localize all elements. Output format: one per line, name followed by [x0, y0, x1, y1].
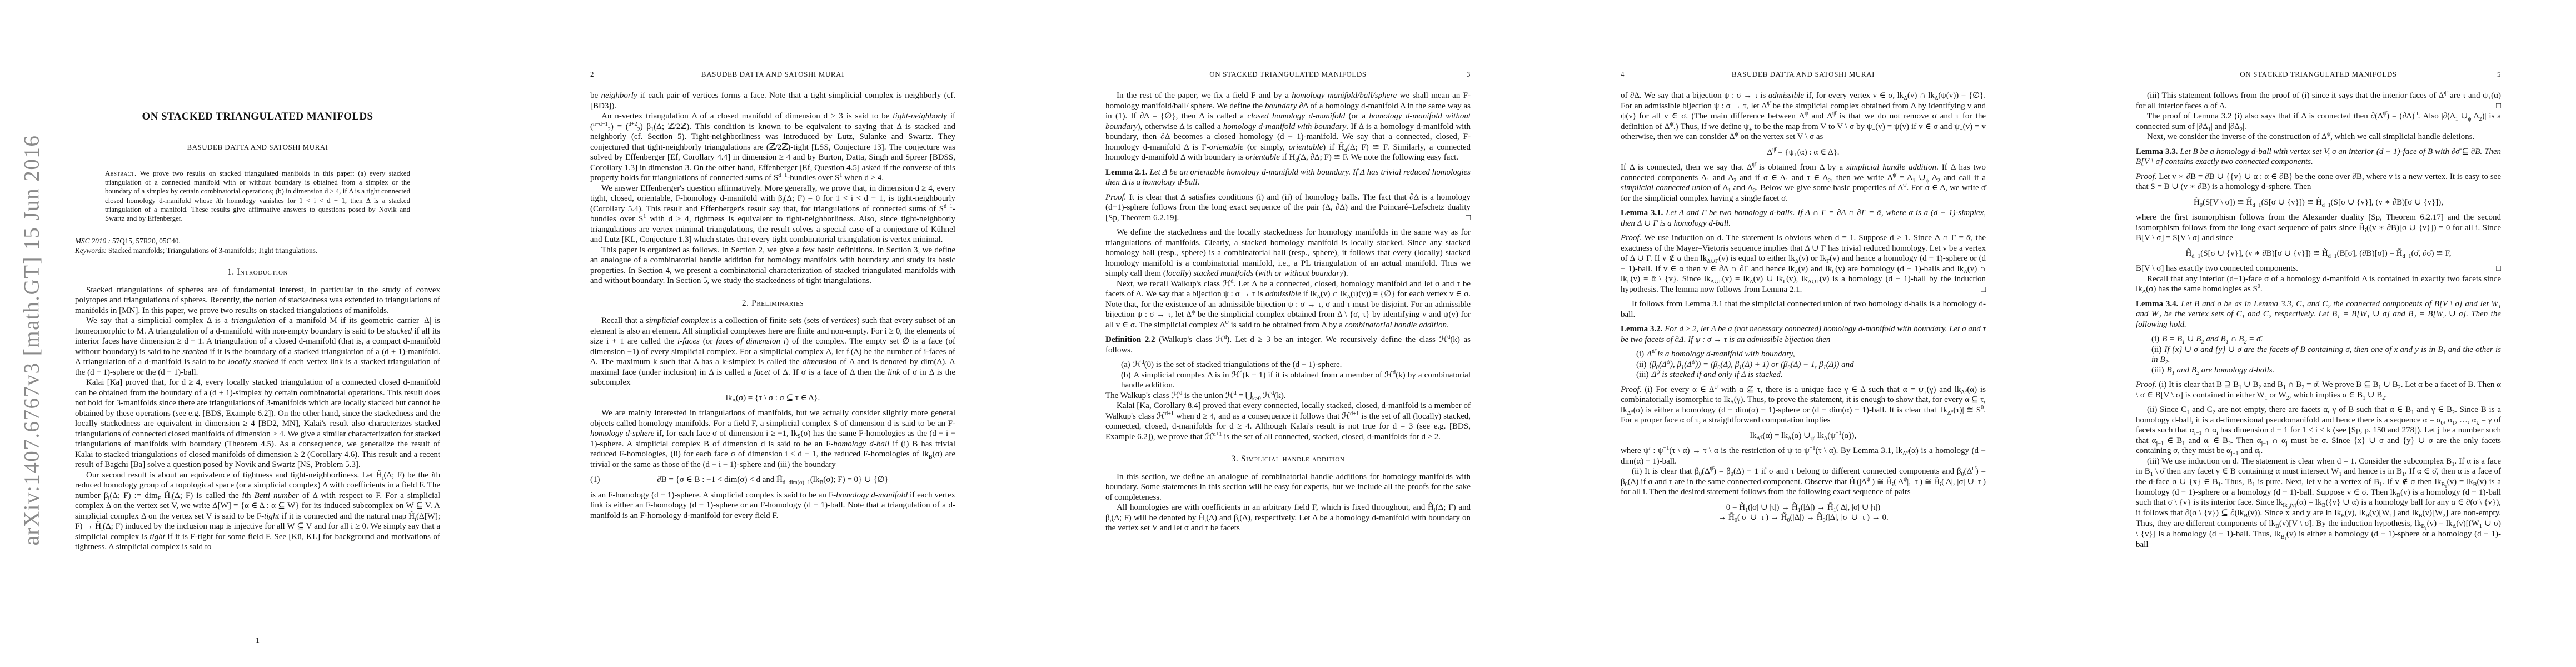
page-body: (iii) This statement follows from the pr…	[2136, 91, 2501, 550]
running-head: ON STACKED TRIANGULATED MANIFOLDS	[2136, 70, 2501, 79]
paragraph: of ∂Δ. We say that a bijection ψ : σ → τ…	[1621, 91, 1986, 142]
proof-label: Proof.	[2136, 172, 2156, 181]
item-label: (iii)	[1636, 370, 1649, 379]
paragraph: Recall that any interior (d−1)-face σ of…	[2136, 274, 2501, 295]
equation-line: → H̃0(|σ| ∪ |τ|) → H̃0(|Δ|) → H̃0(|Δ|, |…	[1621, 512, 1986, 523]
paragraph: is an F-homology (d − 1)-sphere. A simpl…	[590, 490, 955, 521]
arxiv-watermark-text: arXiv:1407.6767v3 [math.GT] 15 Jun 2016	[19, 135, 44, 546]
lemma-label: Lemma 3.3.	[2136, 147, 2178, 156]
qed-symbol: □	[2496, 263, 2501, 274]
proof-label: Proof.	[1621, 233, 1641, 242]
paragraph: Kalai [Ka, Corollary 8.4] proved that ev…	[1105, 401, 1471, 442]
meta-label: Keywords:	[75, 246, 107, 255]
item-label: (iii)	[2151, 366, 2164, 375]
abstract: Abstract. We prove two results on stacke…	[105, 169, 410, 223]
paragraph: B[V \ σ] has exactly two connected compo…	[2136, 263, 2501, 274]
lemma: Lemma 2.1. Let Δ be an orientable homolo…	[1105, 167, 1471, 188]
paragraph: We define the stackedness and the locall…	[1105, 227, 1471, 279]
section-heading: 2. Preliminaries	[590, 298, 955, 309]
proof: Proof. It is clear that Δ satisfies cond…	[1105, 192, 1471, 223]
abstract-label: Abstract.	[105, 170, 137, 177]
paragraph: It follows from Lemma 3.1 that the simpl…	[1621, 299, 1986, 320]
qed-symbol: □	[1466, 213, 1471, 223]
lemma-label: Lemma 3.4.	[2136, 300, 2178, 308]
definition-postlabel: (Walkup's class ℋd).	[1155, 335, 1232, 344]
list-item: (b)A simplicial complex Δ is in ℋd(k + 1…	[1121, 370, 1471, 391]
paragraph: be neighborly if each pair of vertices f…	[590, 91, 955, 111]
item-label: (ii)	[1636, 360, 1646, 369]
running-head: BASUDEB DATTA AND SATOSHI MURAI	[590, 70, 955, 79]
paragraph: If Δ is connected, then we say that Δψ̄ …	[1621, 162, 1986, 203]
item-label: (a)	[1121, 360, 1130, 369]
paragraph: Recall that a simplicial complex is a co…	[590, 316, 955, 388]
meta-label: MSC 2010 :	[75, 237, 111, 245]
header-page-number: 4	[1621, 70, 1625, 79]
header-page-number: 3	[1467, 70, 1471, 79]
paragraph: We say that a simplicial complex Δ is a …	[75, 316, 440, 377]
lemma-label: Lemma 2.1.	[1105, 168, 1148, 177]
paragraph: (ii) Since C1 and C2 are not empty, ther…	[2136, 405, 2501, 456]
paragraph: (iii) This statement follows from the pr…	[2136, 91, 2501, 111]
paragraph: We are mainly interested in triangulatio…	[590, 408, 955, 470]
display-equation: Δψ̄ = {ψ+(α) : α ∈ Δ}.	[1621, 147, 1986, 158]
proof: Proof. (i) It is clear that B ⊇ B1 ∪ B2 …	[2136, 380, 2501, 400]
paragraph: Our second result is about an equivalenc…	[75, 470, 440, 552]
paper-authors: BASUDEB DATTA AND SATOSHI MURAI	[75, 142, 440, 153]
lemma: Lemma 3.4. Let B and σ be as in Lemma 3.…	[2136, 299, 2501, 330]
page-3: ON STACKED TRIANGULATED MANIFOLDS 3 In t…	[1030, 0, 1546, 667]
paragraph: The Walkup's class ℋd is the union ℋd = …	[1105, 391, 1471, 401]
footer-page-number: 1	[0, 636, 515, 645]
paragraph: The proof of Lemma 3.2 (i) also says tha…	[2136, 111, 2501, 132]
proof: Proof. Let v ∗ ∂B = ∂B ∪ {{v} ∪ α : α ∈ …	[2136, 172, 2501, 192]
paragraph: (ii) It is clear that β0(Δψ̄) = β0(Δ) − …	[1621, 466, 1986, 497]
header-page-number: 5	[2497, 70, 2501, 79]
page-2: 2 BASUDEB DATTA AND SATOSHI MURAI be nei…	[515, 0, 1030, 667]
paragraph: In this section, we define an analogue o…	[1105, 472, 1471, 503]
paragraph: where ψ′ : ψ−1(τ \ α) → τ \ α is the res…	[1621, 446, 1986, 466]
equation-line: ∂B = {σ ∈ B : −1 < dim(σ) < d and H̃d−di…	[590, 475, 955, 485]
section-heading: 3. Simplicial handle addition	[1105, 454, 1471, 465]
paragraph: We answer Effenberger's question affirma…	[590, 183, 955, 245]
proof-label: Proof.	[1621, 385, 1641, 394]
page-header: 4 BASUDEB DATTA AND SATOSHI MURAI	[1621, 70, 1986, 80]
display-equation: H̃0(S[V \ σ]) ≅ H̃d−1(S[σ ∪ {v}]) ≅ H̃d−…	[2136, 197, 2501, 208]
paper-title: ON STACKED TRIANGULATED MANIFOLDS	[75, 112, 440, 122]
page-header: ON STACKED TRIANGULATED MANIFOLDS 3	[1105, 70, 1471, 80]
item-label: (b)	[1121, 371, 1131, 380]
paragraph: All homologies are with coefficients in …	[1105, 502, 1471, 534]
list-item: (ii)(β0(Δψ̄), β1(Δψ̄)) = (β0(Δ), β1(Δ) +…	[1636, 360, 1986, 370]
list-item: (i)Δψ̄ is a homology d-manifold with bou…	[1636, 349, 1986, 360]
equation-line: lkΔψ̄(α) = lkΔ(α) ∪ψ′ lkΔ(ψ−1(α)),	[1621, 431, 1986, 441]
item-label: (i)	[2151, 335, 2159, 344]
header-page-number: 2	[590, 70, 594, 79]
display-equation: H̃d−1(S[σ ∪ {v}], (v ∗ ∂B)[σ ∪ {v}]) ≅ H…	[2136, 248, 2501, 259]
definition-label: Definition 2.2	[1105, 335, 1155, 344]
page-body: be neighborly if each pair of vertices f…	[590, 91, 955, 521]
equation-number: (1)	[590, 475, 600, 485]
page-body: In the rest of the paper, we fix a field…	[1105, 91, 1471, 534]
running-head: ON STACKED TRIANGULATED MANIFOLDS	[1105, 70, 1471, 79]
page-header: ON STACKED TRIANGULATED MANIFOLDS 5	[2136, 70, 2501, 80]
proof: Proof. (i) For every α ∈ Δψ̄ with α ⊈ τ,…	[1621, 385, 1986, 426]
page-header	[75, 70, 440, 80]
paragraph: Stacked triangulations of spheres are of…	[75, 285, 440, 316]
lemma-label: Lemma 3.1.	[1621, 208, 1663, 217]
proof-label: Proof.	[2136, 380, 2156, 389]
equation-line: 0 = H̃1(|σ| ∪ |τ|) → H̃1(|Δ|) → H̃1(|Δ|,…	[1621, 502, 1986, 513]
paragraph: where the first isomorphism follows from…	[2136, 212, 2501, 243]
qed-symbol: □	[1981, 285, 1986, 295]
display-equation: 0 = H̃1(|σ| ∪ |τ|) → H̃1(|Δ|) → H̃1(|Δ|,…	[1621, 502, 1986, 523]
list-item: (a)ℋd(0) is the set of stacked triangula…	[1121, 360, 1471, 370]
paragraph: (iii) We use induction on d. The stateme…	[2136, 456, 2501, 550]
list-item: (iii)Δψ̄ is stacked if and only if Δ is …	[1636, 370, 1986, 380]
proof-label: Proof.	[1105, 193, 1126, 202]
section-heading: 1. Introduction	[75, 267, 440, 278]
page-1: arXiv:1407.6767v3 [math.GT] 15 Jun 2016 …	[0, 0, 515, 667]
paragraph: This paper is organized as follows. In S…	[590, 245, 955, 286]
lemma: Lemma 3.2. For d ≥ 2, let Δ be a (not ne…	[1621, 324, 1986, 345]
list-item: (iii)B1 and B2 are homology d-balls.	[2151, 365, 2501, 376]
lemma: Lemma 3.1. Let Δ and Γ be two homology d…	[1621, 208, 1986, 228]
proof: Proof. We use induction on d. The statem…	[1621, 233, 1986, 295]
lemma-label: Lemma 3.2.	[1621, 325, 1662, 333]
page-4: 4 BASUDEB DATTA AND SATOSHI MURAI of ∂Δ.…	[1546, 0, 2061, 667]
paragraph: In the rest of the paper, we fix a field…	[1105, 91, 1471, 163]
item-label: (ii)	[2151, 345, 2161, 354]
paragraph: Next, we consider the inverse of the con…	[2136, 132, 2501, 142]
page-header: 2 BASUDEB DATTA AND SATOSHI MURAI	[590, 70, 955, 80]
document-canvas: arXiv:1407.6767v3 [math.GT] 15 Jun 2016 …	[0, 0, 2576, 667]
page-5: ON STACKED TRIANGULATED MANIFOLDS 5 (iii…	[2061, 0, 2576, 667]
paragraph: Kalai [Ka] proved that, for d ≥ 4, every…	[75, 377, 440, 470]
running-head: BASUDEB DATTA AND SATOSHI MURAI	[1621, 70, 1986, 79]
equation-line: lkΔ(σ) = {τ \ σ : σ ⊆ τ ∈ Δ}.	[590, 393, 955, 404]
paragraph: An n-vertex triangulation Δ of a closed …	[590, 111, 955, 183]
list-item: (i)B = B1 ∪ B2 and B1 ∩ B2 = σ̄.	[2151, 334, 2501, 345]
paragraph: Next, we recall Walkup's class ℋd. Let Δ…	[1105, 279, 1471, 331]
item-label: (i)	[1636, 350, 1644, 359]
equation-line: Δψ̄ = {ψ+(α) : α ∈ Δ}.	[1621, 147, 1986, 158]
meta-line: Keywords: Stacked manifolds; Triangulati…	[75, 246, 440, 255]
display-equation: (1)∂B = {σ ∈ B : −1 < dim(σ) < d and H̃d…	[590, 475, 955, 485]
qed-symbol: □	[2485, 101, 2501, 112]
page-body: of ∂Δ. We say that a bijection ψ : σ → τ…	[1621, 91, 1986, 528]
lemma: Lemma 3.3. Let B be a homology d-ball wi…	[2136, 147, 2501, 167]
page-body: ON STACKED TRIANGULATED MANIFOLDSBASUDEB…	[75, 91, 440, 552]
meta-line: MSC 2010 : 57Q15, 57R20, 05C40.	[75, 236, 440, 246]
list-item: (ii)If {x} ∪ σ and {y} ∪ σ are the facet…	[2151, 345, 2501, 365]
display-equation: lkΔ(σ) = {τ \ σ : σ ⊆ τ ∈ Δ}.	[590, 393, 955, 404]
display-equation: lkΔψ̄(α) = lkΔ(α) ∪ψ′ lkΔ(ψ−1(α)),	[1621, 431, 1986, 441]
equation-line: H̃0(S[V \ σ]) ≅ H̃d−1(S[σ ∪ {v}]) ≅ H̃d−…	[2136, 197, 2501, 208]
definition: Definition 2.2 (Walkup's class ℋd). Let …	[1105, 335, 1471, 355]
equation-line: H̃d−1(S[σ ∪ {v}], (v ∗ ∂B)[σ ∪ {v}]) ≅ H…	[2136, 248, 2501, 259]
